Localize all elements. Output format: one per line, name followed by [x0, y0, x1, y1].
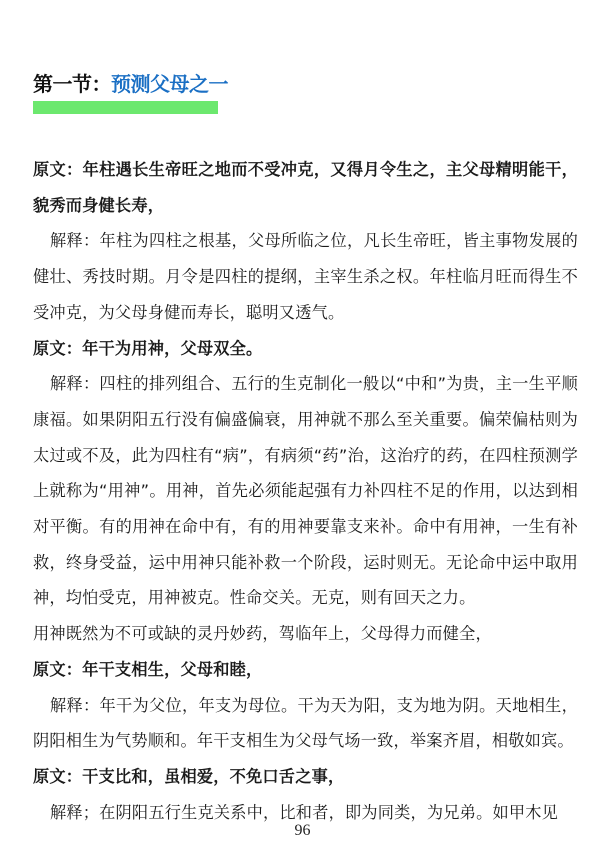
explanation-paragraph: 解释：年柱为四柱之根基，父母所临之位，凡长生帝旺，皆主事物发展的健壮、秀技时期。… [33, 223, 578, 330]
original-text-paragraph: 原文：年干为用神，父母双全。 [33, 331, 578, 367]
explanation-paragraph: 解释：年干为父位，年支为母位。干为天为阳，支为地为阴。天地相生，阴阳相生为气势顺… [33, 688, 578, 759]
original-text-paragraph: 原文：年柱遇长生帝旺之地而不受冲克，又得月令生之，主父母精明能干，貌秀而身健长寿… [33, 152, 578, 223]
page-number: 96 [0, 822, 605, 840]
section-title: 预测父母之一 [111, 72, 228, 96]
explanation-paragraph: 解释：四柱的排列组合、五行的生克制化一般以“中和”为贵，主一生平顺康福。如果阴阳… [33, 366, 578, 616]
original-text-paragraph: 原文：干支比和，虽相爱，不免口舌之事， [33, 759, 578, 795]
section-number: 第一节： [33, 72, 111, 96]
original-text-paragraph: 原文：年干支相生，父母和睦， [33, 652, 578, 688]
section-heading: 第一节：预测父母之一 [33, 70, 228, 98]
body-text: 原文：年柱遇长生帝旺之地而不受冲克，又得月令生之，主父母精明能干，貌秀而身健长寿… [33, 152, 578, 830]
document-page: 第一节：预测父母之一 原文：年柱遇长生帝旺之地而不受冲克，又得月令生之，主父母精… [0, 0, 605, 867]
plain-paragraph: 用神既然为不可或缺的灵丹妙药，驾临年上，父母得力而健全， [33, 616, 578, 652]
heading-underline-bar [33, 101, 218, 114]
